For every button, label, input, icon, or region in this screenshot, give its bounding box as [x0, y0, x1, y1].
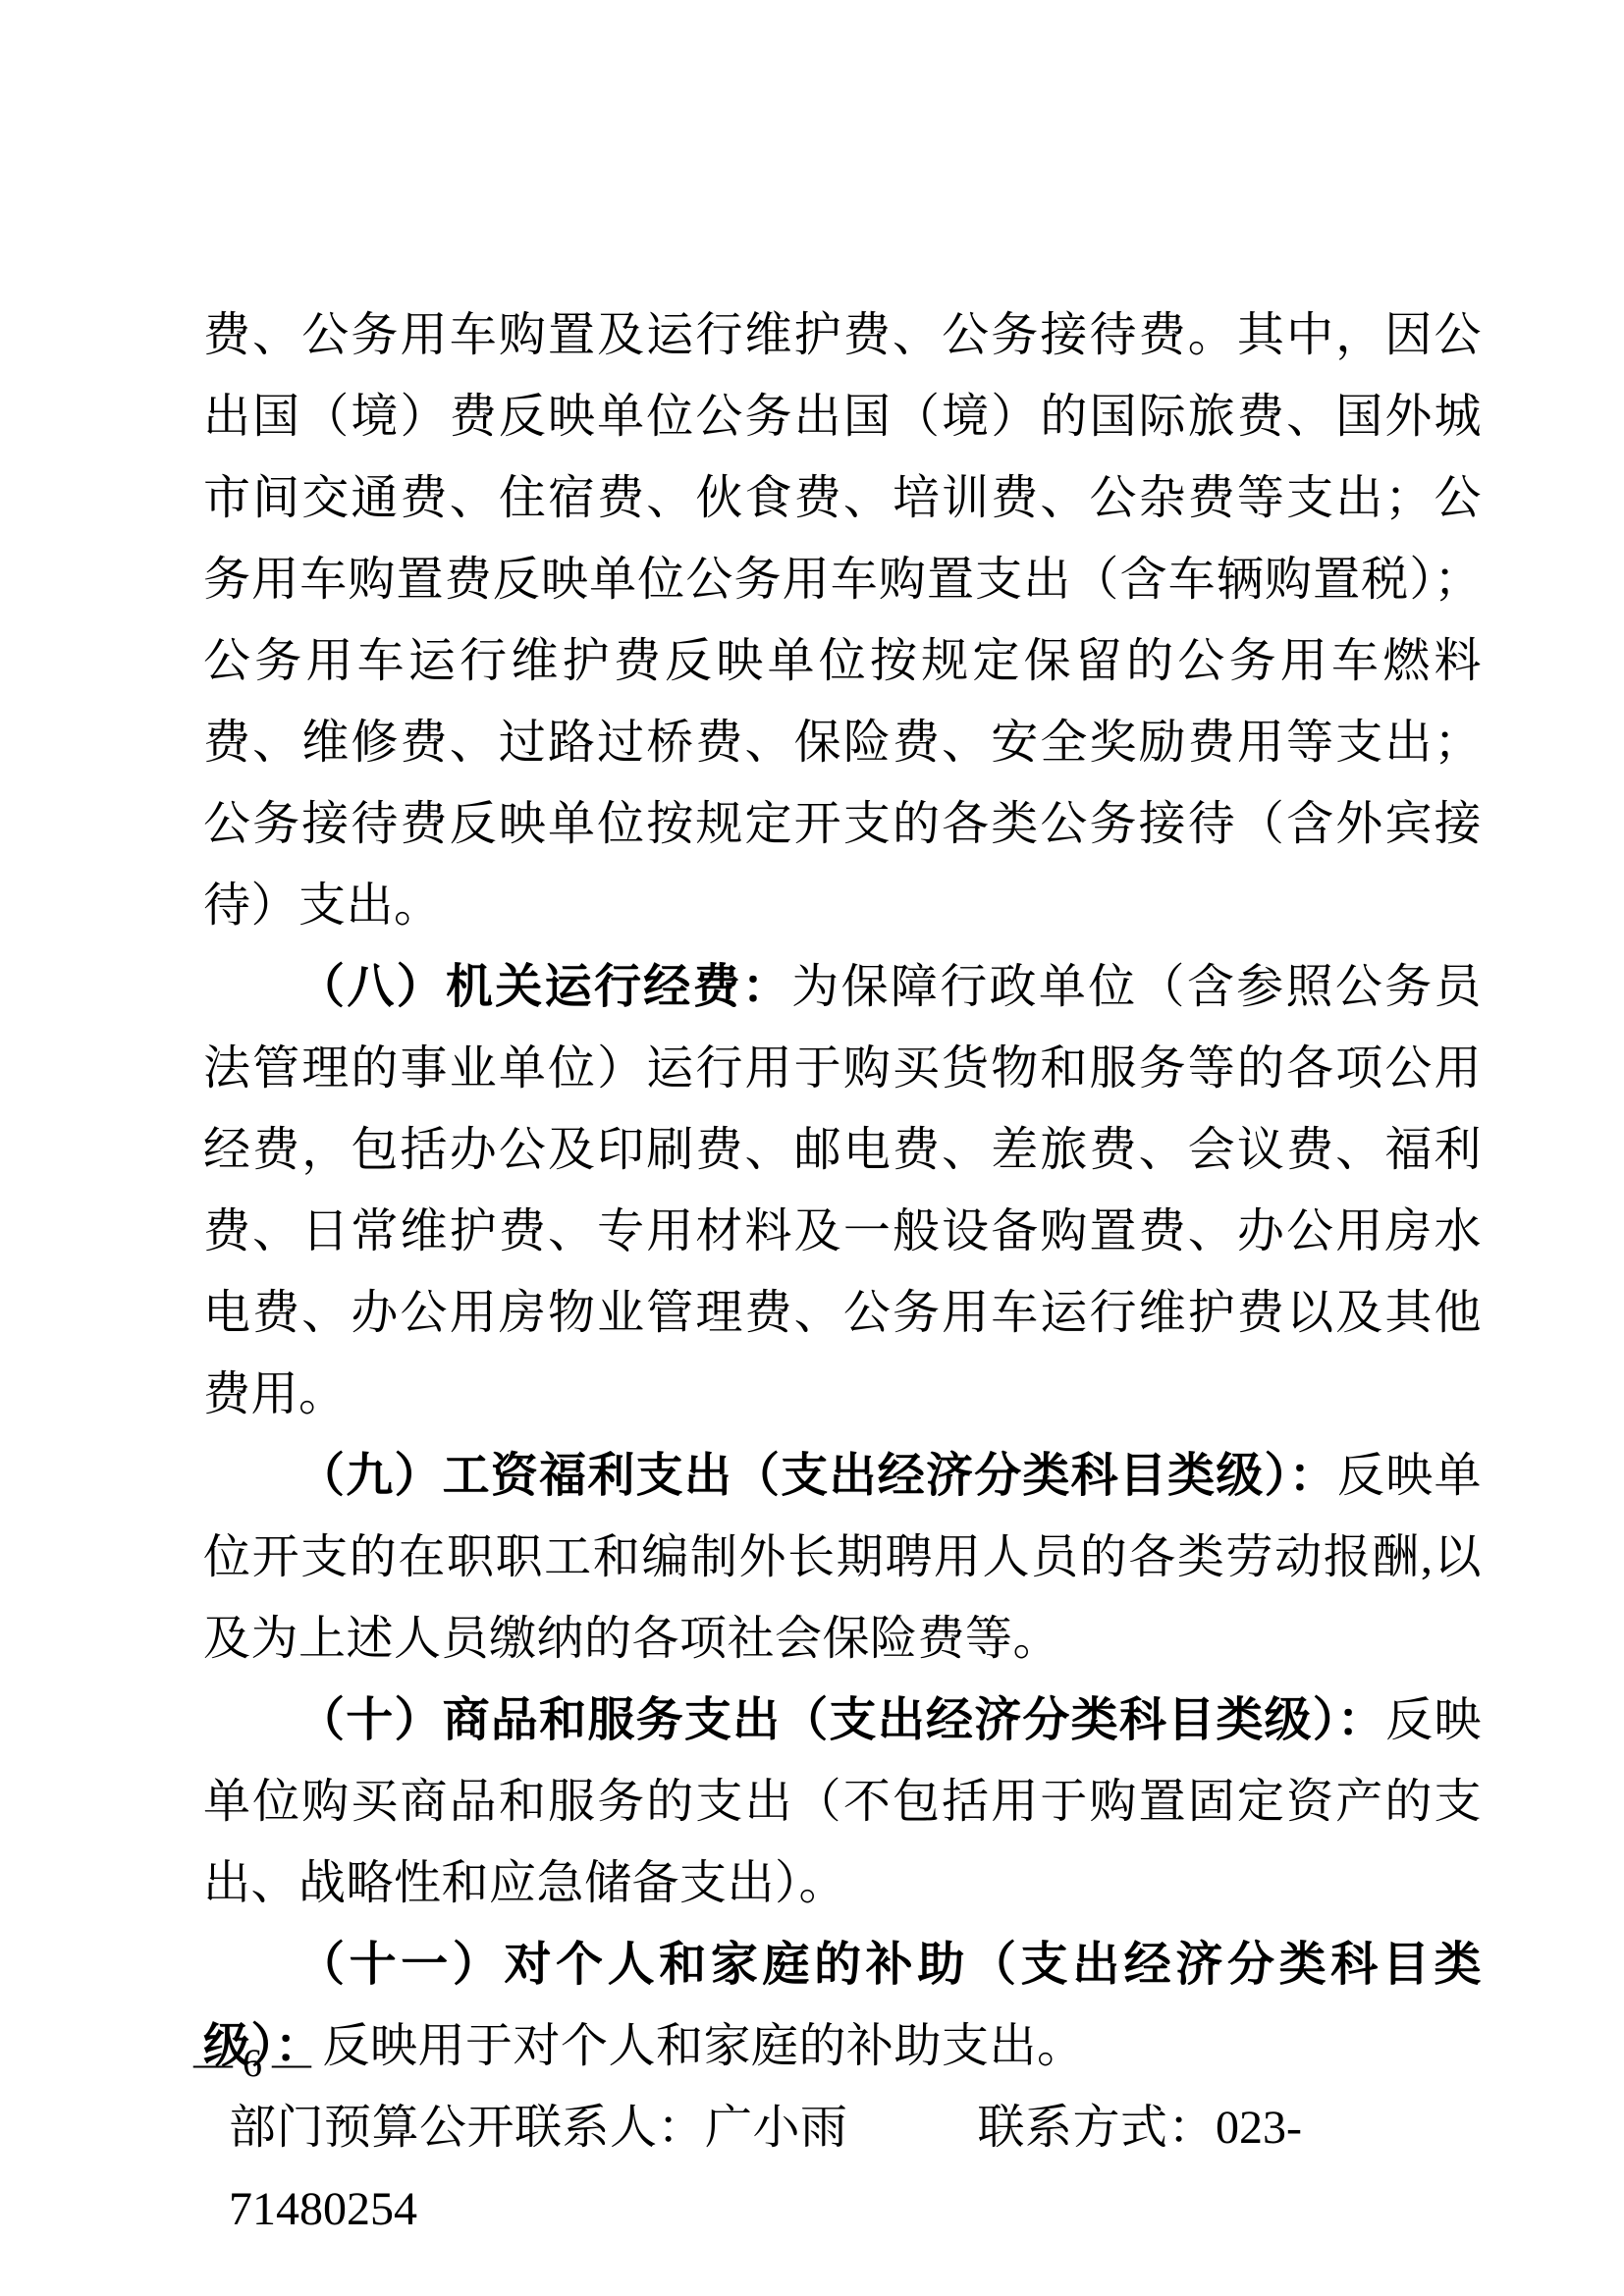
paragraph-agency-operating-expenses: （八）机关运行经费：为保障行政单位（含参照公务员法管理的事业单位）运行用于购买货… [203, 946, 1482, 1435]
paragraph-text: 费、公务用车购置及运行维护费、公务接待费。其中，因公出国（境）费反映单位公务出国… [203, 309, 1482, 932]
document-page: 费、公务用车购置及运行维护费、公务接待费。其中，因公出国（境）费反映单位公务出国… [0, 0, 1624, 2296]
paragraph-goods-services-expenses: （十）商品和服务支出（支出经济分类科目类级）：反映单位购买商品和服务的支出（不包… [203, 1680, 1482, 1924]
paragraph-individual-family-subsidy: （十一）对个人和家庭的补助（支出经济分类科目类级）：反映用于对个人和家庭的补助支… [203, 1924, 1482, 2087]
section-heading: （十）商品和服务支出（支出经济分类科目类级）： [298, 1694, 1385, 1746]
contact-line: 部门预算公开联系人：广小雨联系方式：023-71480254 [203, 2087, 1482, 2250]
section-heading: （八）机关运行经费： [298, 961, 791, 1013]
contact-person-name: 广小雨 [705, 2102, 848, 2154]
document-body: 费、公务用车购置及运行维护费、公务接待费。其中，因公出国（境）费反映单位公务出国… [203, 294, 1482, 2250]
page-number: — 6 — [193, 2034, 311, 2093]
paragraph-text: 为保障行政单位（含参照公务员法管理的事业单位）运行用于购买货物和服务等的各项公用… [203, 961, 1482, 1420]
paragraph-salary-welfare-expenses: （九）工资福利支出（支出经济分类科目类级）：反映单位开支的在职职工和编制外长期聘… [203, 1435, 1482, 1680]
contact-person-label: 部门预算公开联系人： [229, 2102, 705, 2154]
contact-method-label: 联系方式： [978, 2102, 1217, 2154]
paragraph-text: 反映用于对个人和家庭的补助支出。 [323, 2020, 1085, 2072]
section-heading: （九）工资福利支出（支出经济分类科目类级）： [298, 1450, 1337, 1502]
paragraph-three-public-funds: 费、公务用车购置及运行维护费、公务接待费。其中，因公出国（境）费反映单位公务出国… [203, 294, 1482, 946]
